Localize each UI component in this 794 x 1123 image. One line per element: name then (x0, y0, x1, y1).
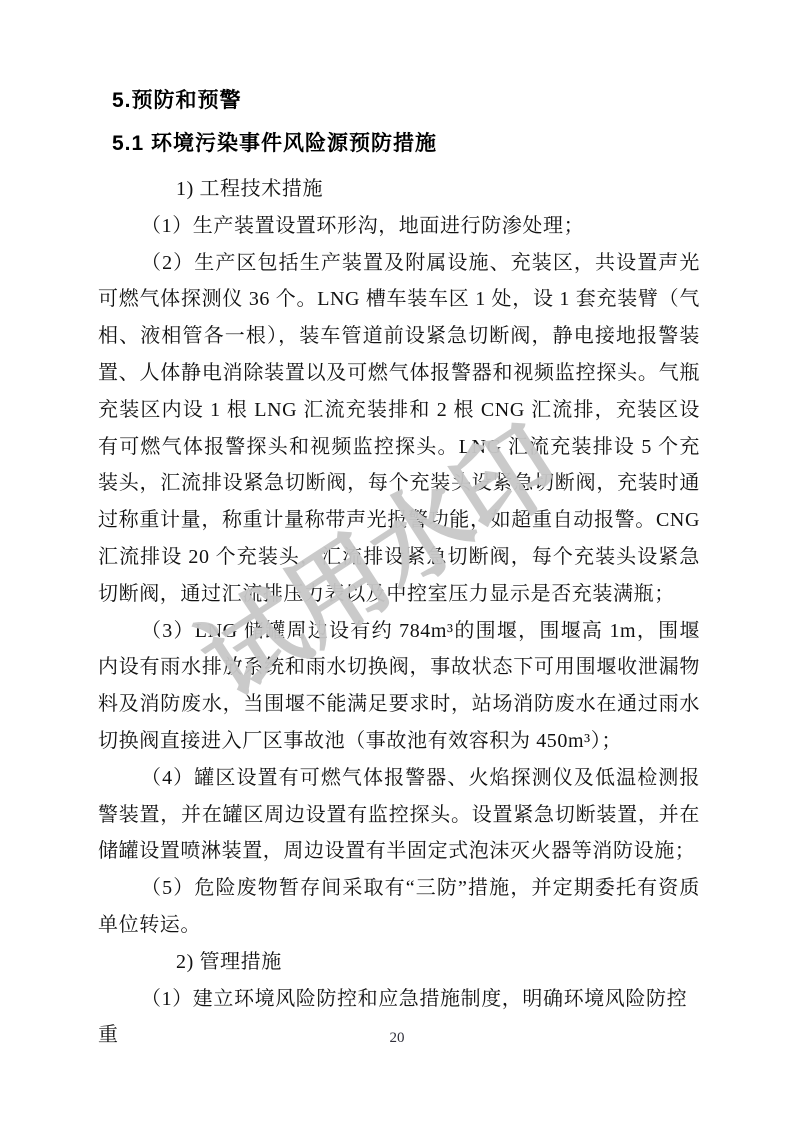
paragraph-item-2: （2）生产区包括生产装置及附属设施、充装区，共设置声光可燃气体探测仪 36 个。… (98, 245, 700, 613)
section-heading: 5.预防和预警 (98, 86, 700, 116)
paragraph-management-measures-title: 2) 管理措施 (98, 944, 700, 981)
paragraph-item-3: （3）LNG 储罐周边设有约 784m³的围堰，围堰高 1m，围堰内设有雨水排放… (98, 613, 700, 760)
document-page: 5.预防和预警 5.1 环境污染事件风险源预防措施 1) 工程技术措施 （1）生… (0, 0, 794, 1123)
document-content: 5.预防和预警 5.1 环境污染事件风险源预防措施 1) 工程技术措施 （1）生… (98, 86, 700, 1054)
paragraph-item-5: （5）危险废物暂存间采取有“三防”措施，并定期委托有资质单位转运。 (98, 870, 700, 944)
paragraph-item-4: （4）罐区设置有可燃气体报警器、火焰探测仪及低温检测报警装置，并在罐区周边设置有… (98, 760, 700, 870)
page-number: 20 (0, 1030, 794, 1047)
paragraph-item-1: （1）生产装置设置环形沟，地面进行防渗处理； (98, 208, 700, 245)
paragraph-engineering-measures-title: 1) 工程技术措施 (98, 171, 700, 208)
subsection-heading: 5.1 环境污染事件风险源预防措施 (98, 129, 700, 159)
